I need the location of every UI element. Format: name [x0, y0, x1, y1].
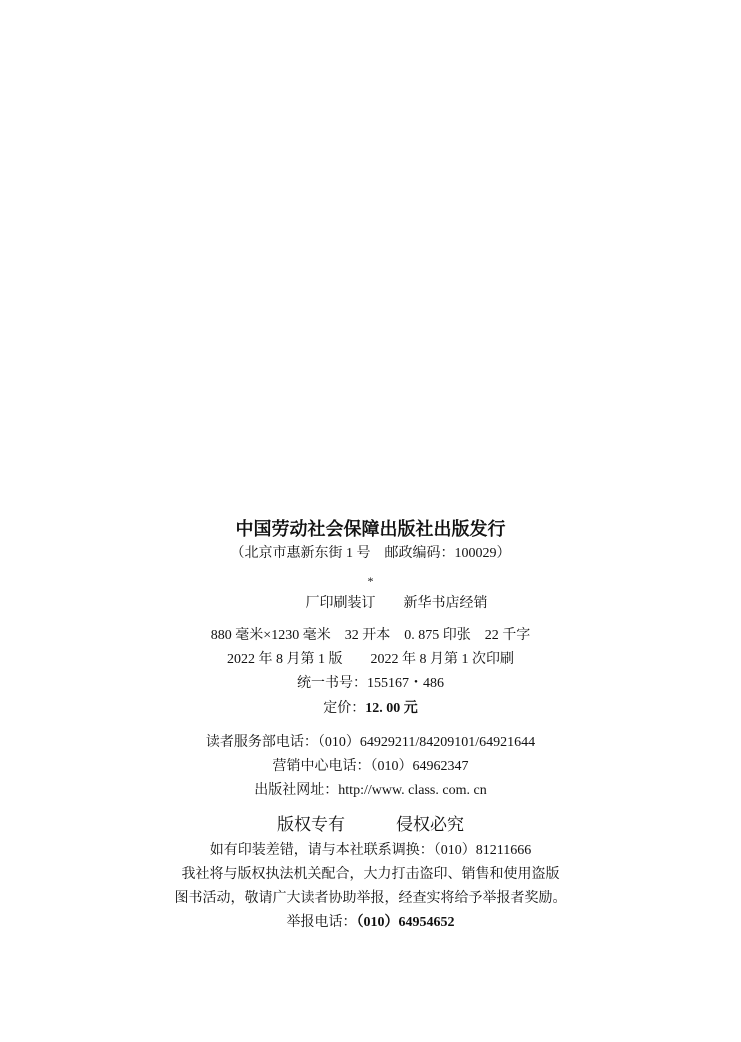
publisher-address: （北京市惠新东街 1 号 邮政编码：100029）: [0, 545, 741, 563]
printing-distribution: 厂印刷装订 新华书店经销: [0, 595, 741, 613]
report-value: （010）64954652: [357, 915, 455, 930]
anti-piracy-line-2: 图书活动，敬请广大读者协助举报，经查实将给予举报者奖励。: [0, 890, 741, 908]
price: 定价：12. 00 元: [0, 700, 741, 718]
publisher-title: 中国劳动社会保障出版社出版发行: [0, 518, 741, 540]
reader-service-phone: 读者服务部电话：（010）64929211/84209101/64921644: [0, 734, 741, 752]
format-specs: 880 毫米×1230 毫米 32 开本 0. 875 印张 22 千字: [0, 627, 741, 645]
price-value: 12. 00 元: [365, 701, 418, 716]
book-number: 统一书号：155167・486: [0, 675, 741, 693]
copyright-notice: 版权专有 侵权必究: [0, 815, 741, 835]
price-label: 定价：: [323, 701, 365, 716]
edition-info: 2022 年 8 月第 1 版 2022 年 8 月第 1 次印刷: [0, 651, 741, 669]
misprint-notice: 如有印装差错，请与本社联系调换：（010）81211666: [0, 842, 741, 860]
publisher-website: 出版社网址：http://www. class. com. cn: [0, 782, 741, 800]
separator-asterisk: *: [0, 572, 741, 590]
report-phone: 举报电话：（010）64954652: [0, 914, 741, 932]
report-label: 举报电话：: [287, 915, 357, 930]
marketing-phone: 营销中心电话：（010）64962347: [0, 758, 741, 776]
anti-piracy-line-1: 我社将与版权执法机关配合，大力打击盗印、销售和使用盗版: [0, 866, 741, 884]
